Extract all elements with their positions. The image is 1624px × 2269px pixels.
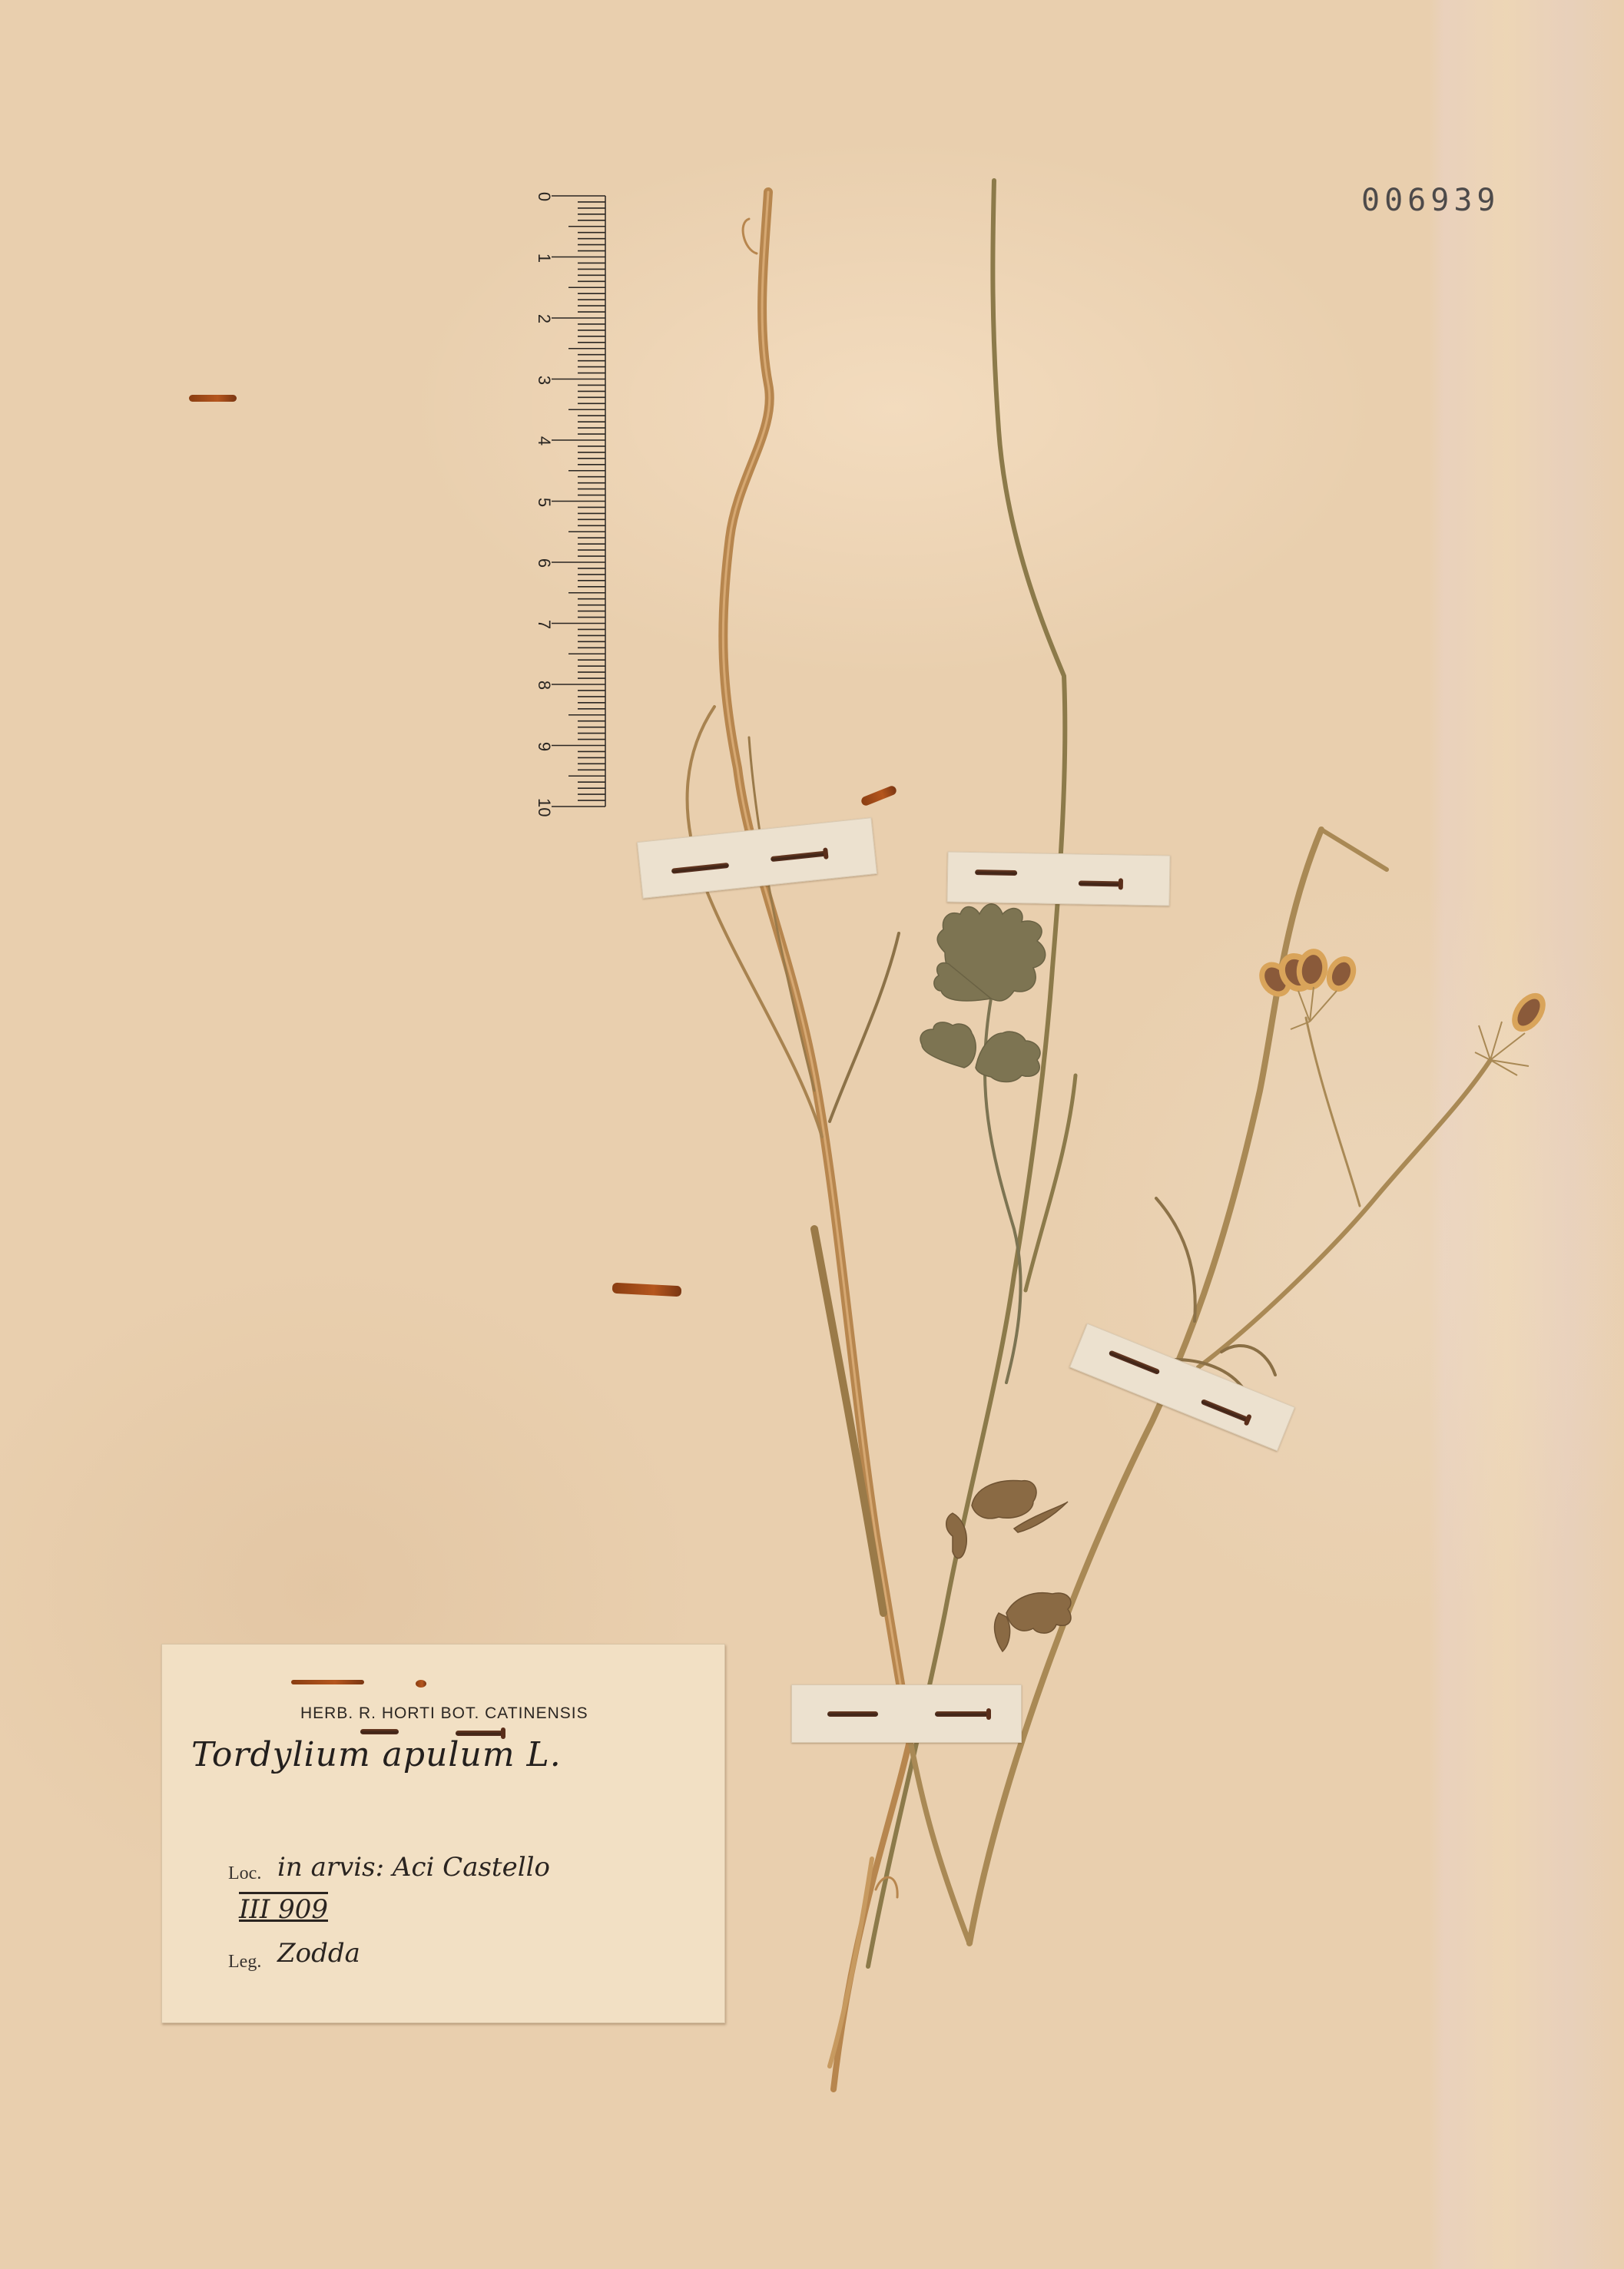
specimen-label: HERB. R. HORTI BOT. CATINENSIS Tordylium…	[161, 1644, 725, 2023]
collector-value: Zodda	[277, 1938, 360, 1969]
mounting-strip	[946, 851, 1170, 906]
pin-icon	[1201, 1399, 1249, 1423]
institution-name: HERB. R. HORTI BOT. CATINENSIS	[300, 1704, 588, 1723]
pin-icon	[771, 851, 826, 862]
mounting-strip	[791, 1684, 1022, 1743]
pin-icon	[360, 1729, 399, 1734]
collector-key: Leg.	[228, 1952, 261, 1973]
pin-icon	[935, 1711, 989, 1717]
locality-value: in arvis: Aci Castello	[277, 1852, 550, 1883]
locality-key: Loc.	[228, 1863, 261, 1884]
herbarium-sheet: 006939 012345678910	[0, 0, 1624, 2269]
pin-icon	[975, 870, 1017, 876]
collection-date: III 909	[239, 1894, 328, 1925]
rust-mark	[416, 1680, 426, 1688]
pin-icon	[671, 863, 729, 874]
pin-icon	[827, 1711, 878, 1717]
pin-icon	[1109, 1350, 1161, 1375]
taxon-name: Tordylium apulum L.	[191, 1735, 562, 1774]
rust-mark	[291, 1680, 364, 1684]
pin-icon	[1079, 880, 1121, 886]
